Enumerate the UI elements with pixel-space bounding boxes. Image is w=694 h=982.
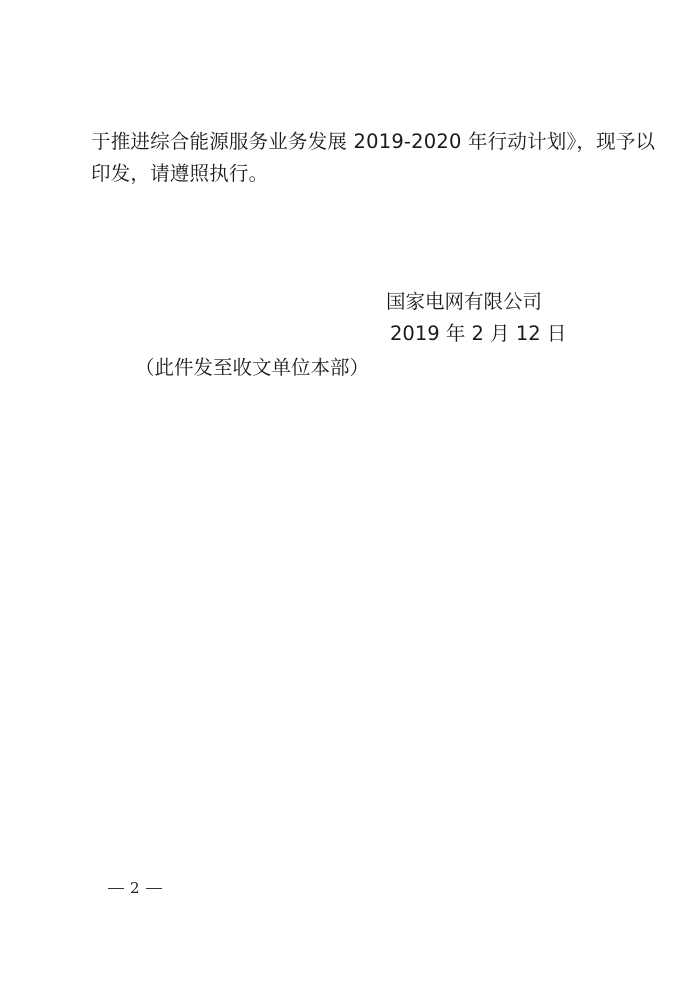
dash-left xyxy=(108,888,124,889)
dash-right xyxy=(146,888,162,889)
signature-date: 2019 年 2 月 12 日 xyxy=(390,320,566,348)
signature-organization: 国家电网有限公司 xyxy=(386,288,542,316)
distribution-note: （此件发至收文单位本部） xyxy=(135,354,369,382)
body-text-line-1: 于推进综合能源服务业务发展 2019-2020 年行动计划》，现予以 xyxy=(91,128,655,156)
document-page: 于推进综合能源服务业务发展 2019-2020 年行动计划》，现予以 印发，请遵… xyxy=(0,0,694,982)
page-number: 2 xyxy=(130,878,140,898)
body-text-line-2: 印发，请遵照执行。 xyxy=(91,160,268,188)
page-footer: 2 xyxy=(108,878,162,898)
